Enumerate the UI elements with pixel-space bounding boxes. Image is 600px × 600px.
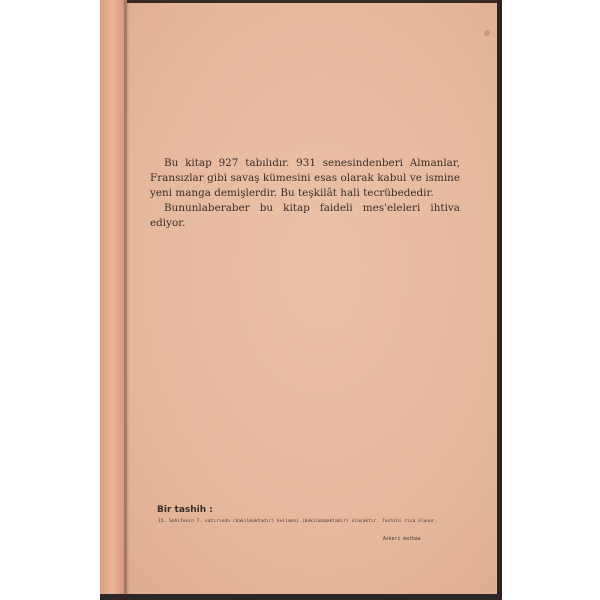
errata-signature: Askeri matbaa (383, 537, 421, 542)
bottom-edge (100, 594, 502, 600)
errata-body: 15. Sahifenin 7. satırında (bakılmaktadı… (148, 518, 468, 525)
paragraph-1: Bu kitap 927 tabılıdır. 931 senesindenbe… (150, 156, 460, 201)
page-spine (100, 0, 127, 598)
main-text-block: Bu kitap 927 tabılıdır. 931 senesindenbe… (150, 156, 460, 231)
paragraph-2: Bununlaberaber bu kitap faideli mes'elel… (150, 201, 460, 231)
errata-title: Bir tashih : (157, 505, 213, 515)
top-edge (127, 0, 502, 3)
right-edge (497, 0, 502, 598)
paper-stain (484, 30, 490, 36)
spine-shadow (124, 0, 130, 598)
